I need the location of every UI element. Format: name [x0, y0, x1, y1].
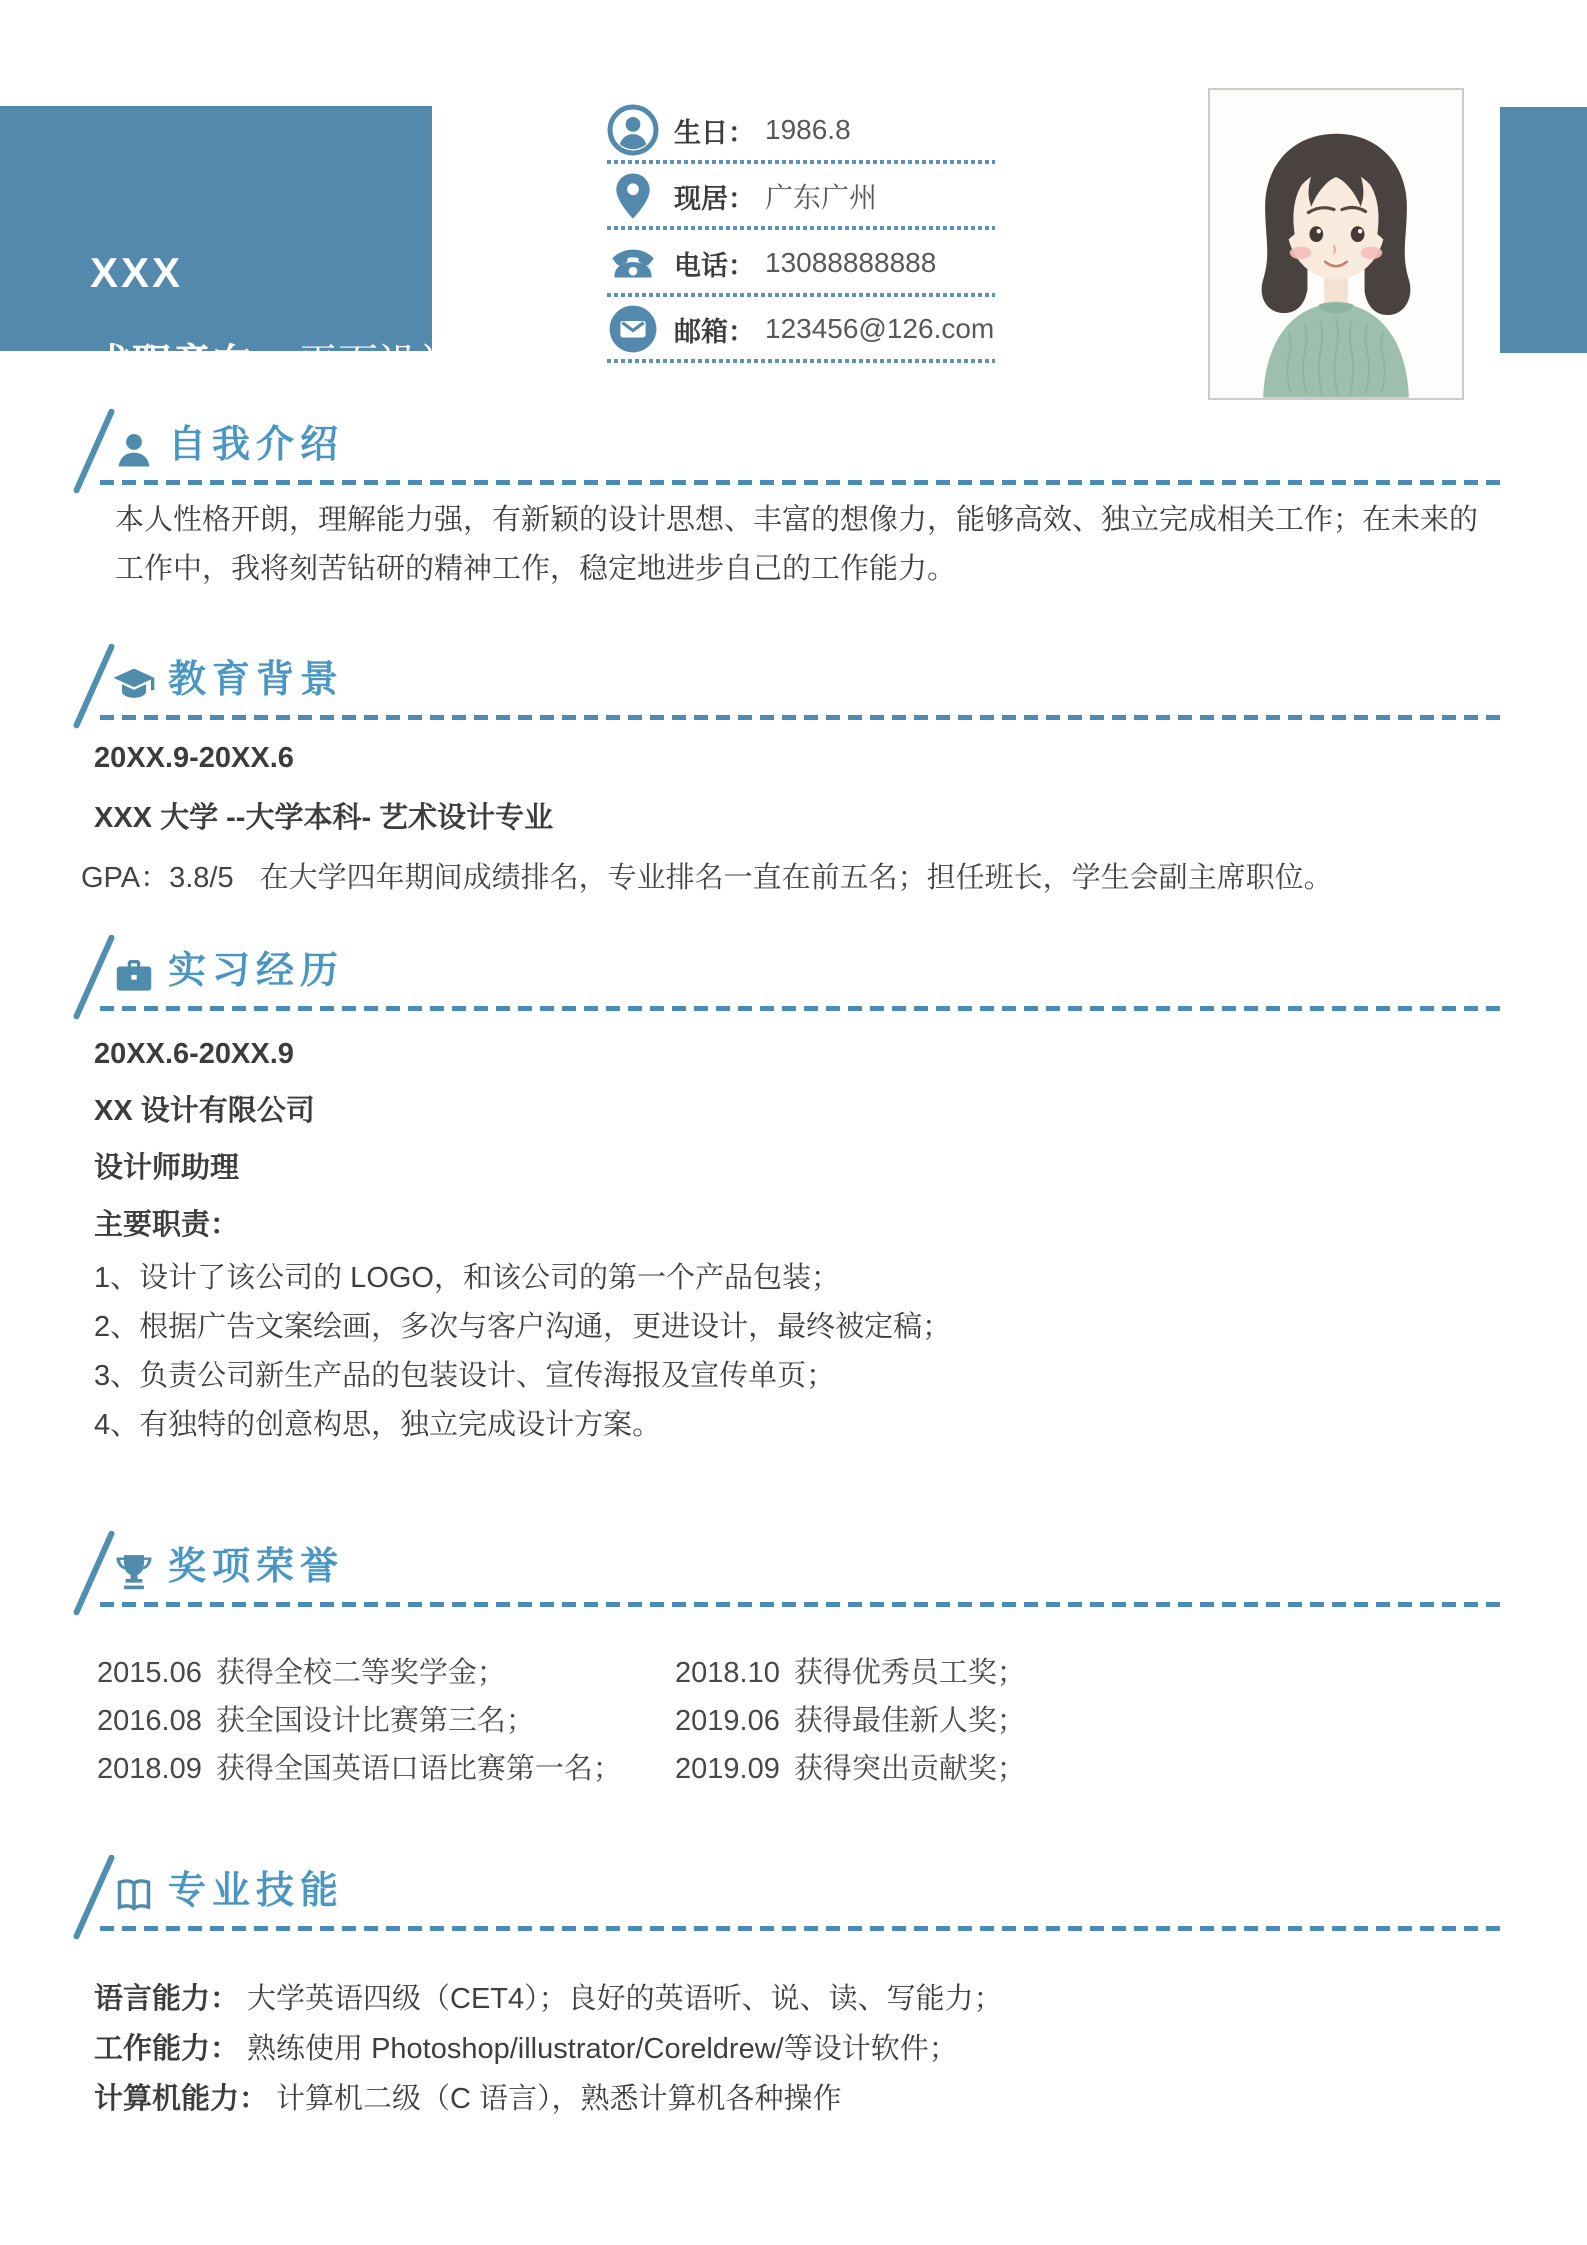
section-awards: 奖项荣誉 2015.06获得全校二等奖学金； 2016.08获全国设计比赛第三名… [0, 1524, 1587, 1809]
award-row: 2018.10获得优秀员工奖； [675, 1649, 1026, 1697]
section-title: 奖项荣誉 [168, 1548, 344, 1586]
award-date: 2019.06 [675, 1705, 780, 1737]
contact-row-location: 现居： 广东广州 [607, 170, 877, 222]
contact-row-birthday: 生日： 1986.8 [607, 104, 851, 156]
award-row: 2015.06获得全校二等奖学金； [97, 1649, 622, 1697]
skill-value: 熟练使用 Photoshop/illustrator/Coreldrew/等设计… [247, 2033, 958, 2065]
dashed-divider [100, 1926, 1504, 1931]
dashed-divider [100, 480, 1504, 485]
right-accent-bar [1500, 107, 1587, 353]
internship-period: 20XX.6-20XX.9 [94, 1026, 1587, 1083]
award-text: 获得最佳新人奖； [794, 1705, 1026, 1737]
education-school: XXX 大学 --大学本科- 艺术设计专业 [94, 788, 1587, 848]
internship-details: 20XX.6-20XX.9 XX 设计有限公司 设计师助理 主要职责： 1、设计… [94, 1026, 1587, 1450]
skill-value: 大学英语四级（CET4）；良好的英语听、说、读、写能力； [247, 1983, 1003, 2015]
award-date: 2018.10 [675, 1657, 780, 1689]
dotted-divider [607, 293, 995, 297]
education-gpa-line: GPA：3.8/5在大学四年期间成绩排名，专业排名一直在前五名；担任班长，学生会… [81, 848, 1587, 908]
award-text: 获得全校二等奖学金； [216, 1657, 506, 1689]
dotted-divider [607, 160, 995, 164]
contact-row-phone: 电话： 13088888888 [607, 237, 936, 289]
contact-row-email: 邮箱： 123456@126.com [607, 303, 994, 355]
skill-label: 语言能力： [94, 1983, 239, 2015]
section-self-introduction: 自我介绍 本人性格开朗，理解能力强，有新颖的设计思想、丰富的想像力，能够高效、独… [0, 402, 1587, 594]
location-icon [607, 170, 659, 222]
section-internship: 实习经历 20XX.6-20XX.9 XX 设计有限公司 设计师助理 主要职责：… [0, 928, 1587, 1450]
person-icon [112, 428, 156, 472]
graduation-cap-icon [112, 663, 156, 707]
awards-column-left: 2015.06获得全校二等奖学金； 2016.08获全国设计比赛第三名； 201… [97, 1649, 622, 1793]
dotted-divider [607, 359, 995, 363]
dashed-divider [100, 1602, 1504, 1607]
award-text: 获得全国英语口语比赛第一名； [216, 1753, 622, 1785]
phone-icon [607, 237, 659, 289]
contact-value: 广东广州 [765, 176, 877, 216]
award-date: 2015.06 [97, 1657, 202, 1689]
contact-list: 生日： 1986.8 现居： 广东广州 电话： 13088888888 邮箱： … [607, 90, 997, 378]
skill-row: 语言能力：大学英语四级（CET4）；良好的英语听、说、读、写能力； [94, 1974, 1587, 2024]
skill-label: 计算机能力： [94, 2083, 268, 2115]
section-title: 专业技能 [168, 1872, 344, 1910]
introduction-text: 本人性格开朗，理解能力强，有新颖的设计思想、丰富的想像力，能够高效、独立完成相关… [115, 496, 1587, 594]
award-text: 获全国设计比赛第三名； [216, 1705, 535, 1737]
award-row: 2018.09获得全国英语口语比赛第一名； [97, 1745, 622, 1793]
section-title: 实习经历 [168, 952, 344, 990]
skill-value: 计算机二级（C 语言），熟悉计算机各种操作 [276, 2083, 842, 2115]
section-header: 实习经历 [0, 928, 1587, 1006]
gpa-value: GPA：3.8/5 [81, 862, 234, 894]
award-date: 2018.09 [97, 1753, 202, 1785]
section-skills: 专业技能 语言能力：大学英语四级（CET4）；良好的英语听、说、读、写能力； 工… [0, 1848, 1587, 2124]
internship-duty-label: 主要职责： [94, 1197, 1587, 1254]
job-intention-label: 求职意向： [92, 342, 292, 386]
job-intention: 求职意向：平面设计 [92, 344, 458, 384]
award-date: 2016.08 [97, 1705, 202, 1737]
contact-label: 邮箱： [674, 310, 755, 349]
job-intention-value: 平面设计 [298, 342, 458, 386]
section-header: 教育背景 [0, 637, 1587, 715]
internship-role: 设计师助理 [94, 1140, 1587, 1197]
award-row: 2016.08获全国设计比赛第三名； [97, 1697, 622, 1745]
awards-column-right: 2018.10获得优秀员工奖； 2019.06获得最佳新人奖； 2019.09获… [675, 1649, 1026, 1793]
resume-page: XXX 求职意向：平面设计 生日： 1986.8 现居： 广东广州 电话： [0, 0, 1587, 2245]
award-row: 2019.06获得最佳新人奖； [675, 1697, 1026, 1745]
gpa-description: 在大学四年期间成绩排名，专业排名一直在前五名；担任班长，学生会副主席职位。 [260, 862, 1333, 894]
duty-item: 1、设计了该公司的 LOGO，和该公司的第一个产品包装； [94, 1254, 1587, 1303]
contact-value: 1986.8 [765, 114, 851, 146]
trophy-icon [112, 1550, 156, 1594]
section-header: 奖项荣誉 [0, 1524, 1587, 1602]
dashed-divider [100, 1006, 1504, 1011]
contact-value: 13088888888 [765, 247, 936, 279]
briefcase-icon [112, 954, 156, 998]
education-details: 20XX.9-20XX.6 XXX 大学 --大学本科- 艺术设计专业 GPA：… [94, 728, 1587, 908]
internship-company: XX 设计有限公司 [94, 1083, 1587, 1140]
award-text: 获得突出贡献奖； [794, 1753, 1026, 1785]
section-title: 自我介绍 [168, 426, 344, 464]
profile-photo [1208, 88, 1464, 400]
open-book-icon [112, 1874, 156, 1918]
award-date: 2019.09 [675, 1753, 780, 1785]
duty-item: 3、负责公司新生产品的包装设计、宣传海报及宣传单页； [94, 1352, 1587, 1401]
award-text: 获得优秀员工奖； [794, 1657, 1026, 1689]
skill-row: 计算机能力：计算机二级（C 语言），熟悉计算机各种操作 [94, 2074, 1587, 2124]
dashed-divider [100, 715, 1504, 720]
mail-icon [607, 303, 659, 355]
section-title: 教育背景 [168, 661, 344, 699]
section-education: 教育背景 20XX.9-20XX.6 XXX 大学 --大学本科- 艺术设计专业… [0, 637, 1587, 908]
section-header: 专业技能 [0, 1848, 1587, 1926]
skill-label: 工作能力： [94, 2033, 239, 2065]
candidate-name: XXX [90, 252, 183, 294]
skill-row: 工作能力：熟练使用 Photoshop/illustrator/Coreldre… [94, 2024, 1587, 2074]
skills-list: 语言能力：大学英语四级（CET4）；良好的英语听、说、读、写能力； 工作能力：熟… [94, 1974, 1587, 2124]
intro-line: 本人性格开朗，理解能力强，有新颖的设计思想、丰富的想像力，能够高效、独立完成相关… [115, 496, 1587, 545]
contact-label: 生日： [674, 111, 755, 150]
duty-item: 2、根据广告文案绘画，多次与客户沟通，更进设计，最终被定稿； [94, 1303, 1587, 1352]
contact-value: 123456@126.com [765, 313, 994, 345]
education-period: 20XX.9-20XX.6 [94, 728, 1587, 788]
dotted-divider [607, 226, 995, 230]
contact-label: 电话： [674, 244, 755, 283]
intro-line: 工作中，我将刻苦钻研的精神工作，稳定地进步自己的工作能力。 [115, 545, 1587, 594]
duty-item: 4、有独特的创意构思，独立完成设计方案。 [94, 1401, 1587, 1450]
name-box: XXX 求职意向：平面设计 [0, 106, 432, 351]
awards-list: 2015.06获得全校二等奖学金； 2016.08获全国设计比赛第三名； 201… [0, 1649, 1587, 1809]
award-row: 2019.09获得突出贡献奖； [675, 1745, 1026, 1793]
contact-label: 现居： [674, 177, 755, 216]
avatar-icon [607, 104, 659, 156]
section-header: 自我介绍 [0, 402, 1587, 480]
